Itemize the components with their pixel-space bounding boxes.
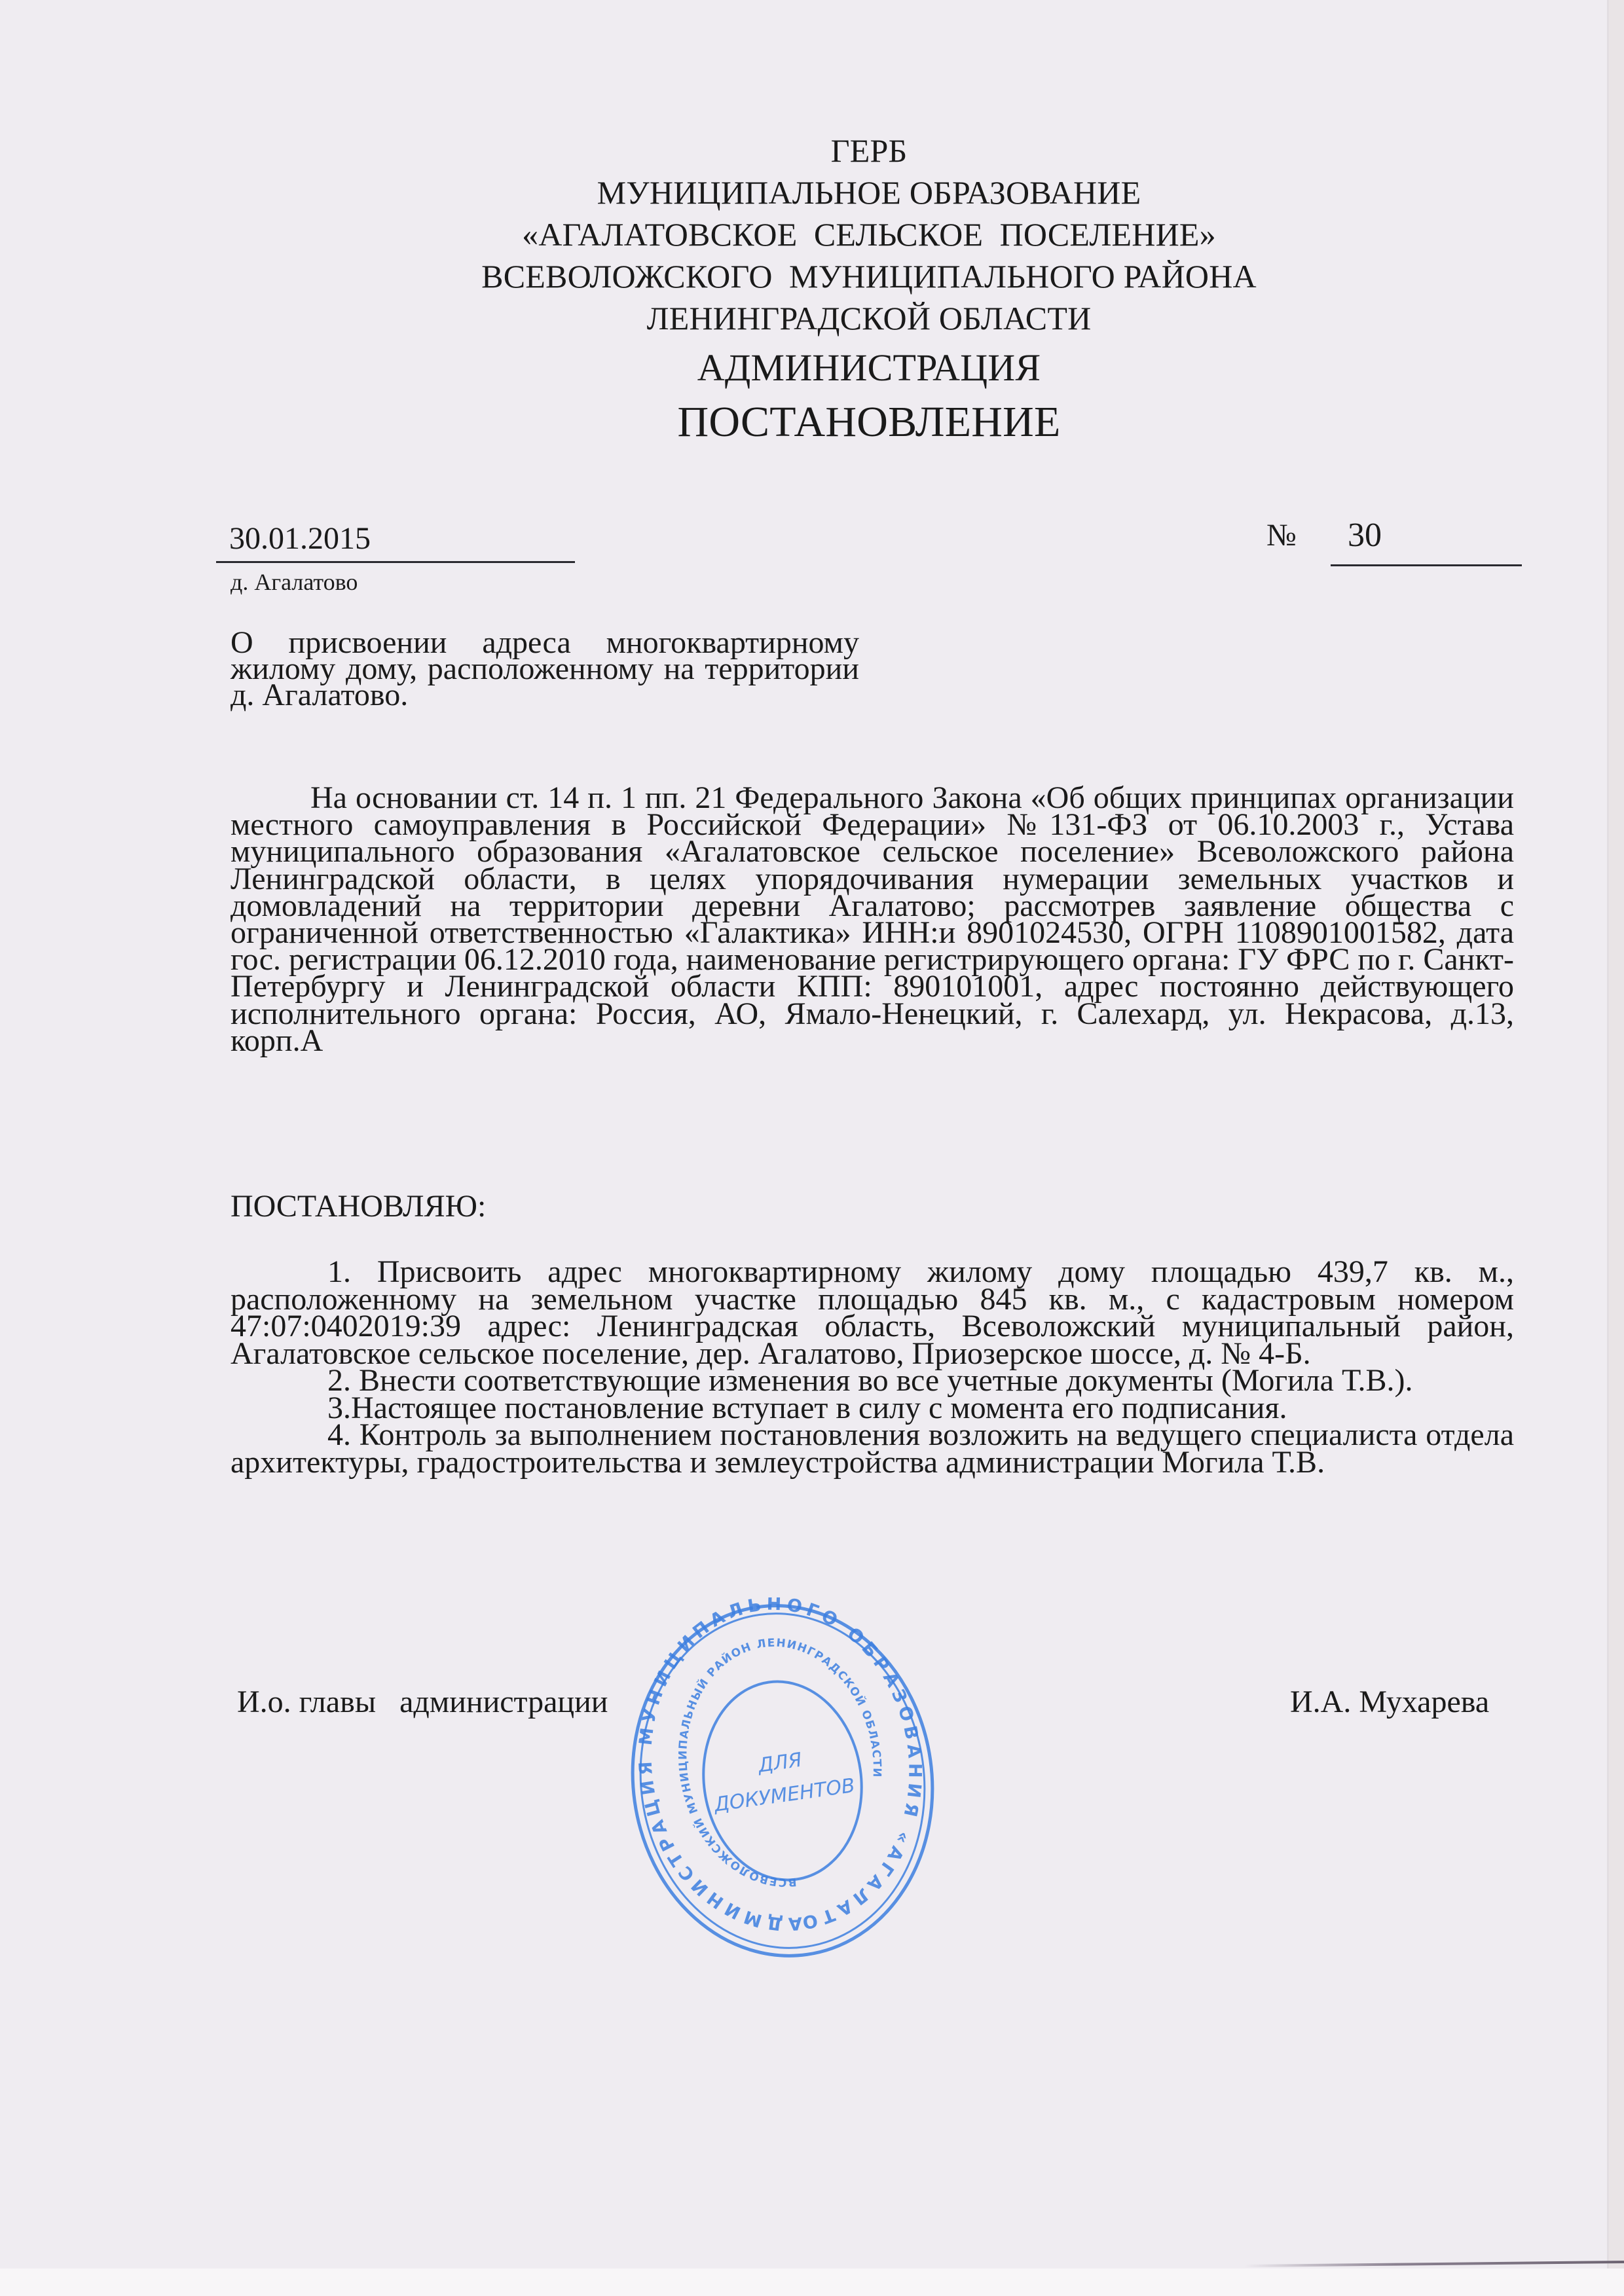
signatory-name: И.А. Мухарева [1290, 1684, 1489, 1720]
coat-of-arms-label: ГЕРБ [0, 130, 1624, 172]
document-date: 30.01.2015 [216, 520, 575, 557]
administration-title: АДМИНИСТРАЦИЯ [0, 342, 1624, 394]
official-seal-stamp: АДМИНИСТРАЦИЯ МУНИЦИПАЛЬНОГО ОБРАЗОВАНИЯ… [625, 1597, 940, 1964]
seal-center-line-2: ДОКУМЕНТОВ [711, 1774, 856, 1817]
number-field: № 30 [1266, 517, 1522, 570]
resolution-item-1: 1. Присвоить адрес многоквартирному жило… [231, 1258, 1514, 1367]
district-line: ВСЕВОЛОЖСКОГО МУНИЦИПАЛЬНОГО РАЙОНА [0, 255, 1624, 297]
resolution-item-4: 4. Контроль за выполнением постановления… [231, 1421, 1514, 1476]
date-field: 30.01.2015 [216, 520, 575, 563]
resolve-label: ПОСТАНОВЛЯЮ: [231, 1188, 486, 1224]
signatory-role: И.о. главы администрации [237, 1684, 608, 1720]
number-underline [1331, 564, 1522, 566]
document-header: ГЕРБ МУНИЦИПАЛЬНОЕ ОБРАЗОВАНИЕ «АГАЛАТОВ… [0, 130, 1624, 450]
seal-outer-text: АДМИНИСТРАЦИЯ МУНИЦИПАЛЬНОГО ОБРАЗОВАНИЯ… [625, 1597, 940, 1956]
svg-text:АДМИНИСТРАЦИЯ МУНИЦИПАЛЬНОГО О: АДМИНИСТРАЦИЯ МУНИЦИПАЛЬНОГО ОБРАЗОВАНИЯ… [625, 1597, 940, 1956]
seal-center-line-1: ДЛЯ [756, 1749, 803, 1777]
document-place: д. Агалатово [231, 568, 358, 596]
preamble-section: На основании ст. 14 п. 1 пп. 21 Федераль… [231, 784, 1514, 1054]
preamble-paragraph: На основании ст. 14 п. 1 пп. 21 Федераль… [231, 784, 1514, 1054]
document-type-title: ПОСТАНОВЛЕНИЕ [0, 394, 1624, 450]
region-line: ЛЕНИНГРАДСКОЙ ОБЛАСТИ [0, 297, 1624, 339]
document-number: 30 [1348, 516, 1382, 555]
municipality-line: МУНИЦИПАЛЬНОЕ ОБРАЗОВАНИЕ [0, 172, 1624, 213]
resolution-items: 1. Присвоить адрес многоквартирному жило… [231, 1258, 1514, 1476]
document-subject: О присвоении адреса многоквартирному жил… [231, 630, 859, 708]
date-underline [216, 561, 575, 563]
number-sign: № [1266, 517, 1297, 553]
settlement-line: «АГАЛАТОВСКОЕ СЕЛЬСКОЕ ПОСЕЛЕНИЕ» [0, 213, 1624, 255]
seal-icon: АДМИНИСТРАЦИЯ МУНИЦИПАЛЬНОГО ОБРАЗОВАНИЯ… [625, 1597, 940, 1964]
